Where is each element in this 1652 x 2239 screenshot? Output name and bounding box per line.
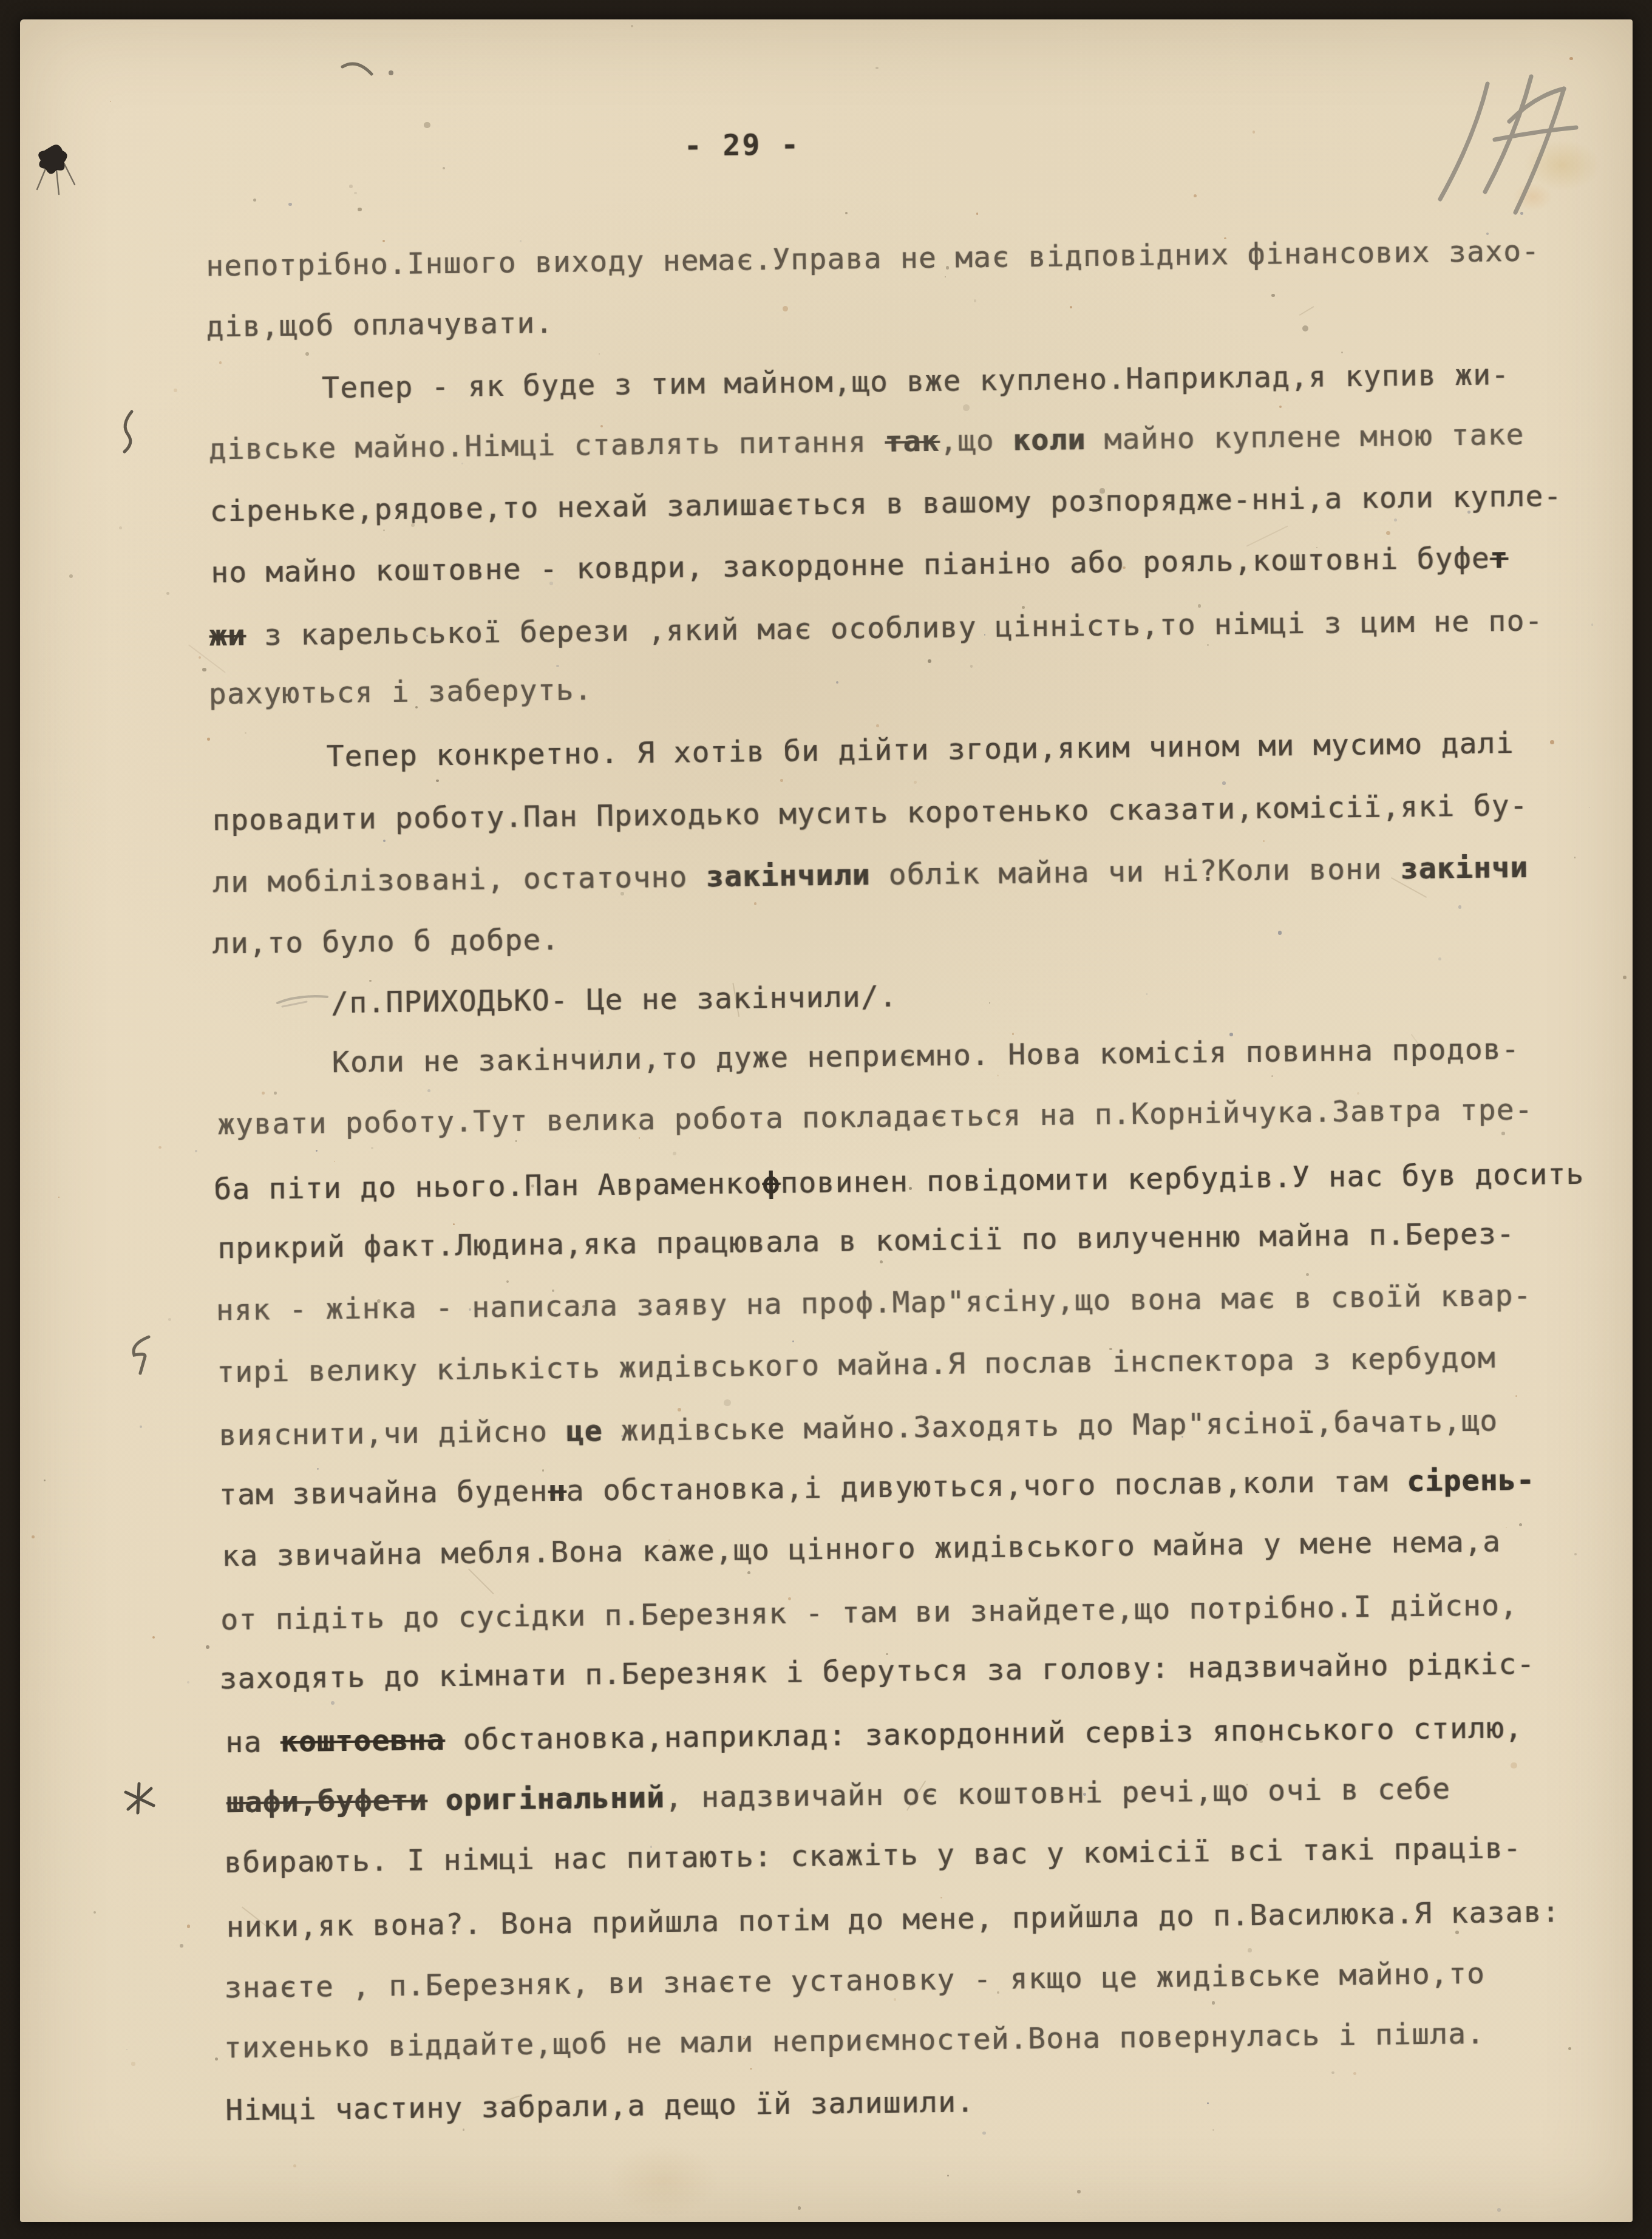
text-segment: жувати роботу.Тут велика робота покладає… (217, 1093, 1534, 1142)
text-segment: ники,як вона?. Вона прийшла потім до мен… (226, 1895, 1560, 1944)
overtyped-text: оригінальний (445, 1781, 665, 1817)
text-segment: дівське майно.Німці ставлять питання (208, 424, 885, 466)
text-line: там звичайна буденна обстановка,і дивуют… (219, 1463, 1535, 1512)
text-line: провадити роботу.Пан Приходько мусить ко… (212, 788, 1529, 837)
text-line: от підіть до сусідки п.Березняк - там ви… (220, 1588, 1518, 1637)
typewritten-text: - 29 - непотрібно.Іншого виходу немає.Уп… (8, 10, 1645, 2231)
overtyped-text: сірень- (1407, 1463, 1535, 1498)
text-segment: заходять до кімнати п.Березняк і берутьс… (219, 1647, 1535, 1696)
text-segment: , надзвичайн оє коштовні речі,що очі в с… (665, 1772, 1451, 1815)
struck-text: шафи,буфети (226, 1784, 427, 1820)
text-segment: знаєте , п.Березняк, ви знаєте установку… (224, 1957, 1485, 2005)
text-line: дів,щоб оплачувати. (206, 306, 553, 344)
text-line: ли мобілізовані, остаточно закінчили обл… (212, 851, 1529, 900)
text-segment: рахуються і заберуть. (209, 673, 593, 712)
text-segment: облік майна чи ні?Коли вони (870, 852, 1400, 892)
text-segment: Коли не закінчили,то дуже неприємно. Нов… (331, 1032, 1520, 1079)
overtyped-text: коли (1013, 423, 1086, 457)
text-segment: жидівське майно.Заходять до Мар"ясіної,б… (602, 1404, 1498, 1448)
struck-text: коштоевна (280, 1724, 445, 1759)
text-line: вияснити,чи дійсно це жидівське майно.За… (219, 1404, 1498, 1452)
text-line: знаєте , п.Березняк, ви знаєте установку… (224, 1957, 1485, 2005)
text-line: заходять до кімнати п.Березняк і берутьс… (219, 1647, 1535, 1696)
text-segment: ли,то було б добре. (212, 922, 559, 960)
text-line: няк - жінка - написала заяву на проф.Мар… (216, 1279, 1532, 1328)
struck-text: ф (762, 1166, 781, 1200)
struck-text: так (885, 424, 940, 458)
overtyped-text: закінчили (705, 858, 871, 894)
text-line: ники,як вона?. Вона прийшла потім до мен… (226, 1895, 1560, 1944)
text-line: непотрібно.Іншого виходу немає.Управа не… (206, 234, 1540, 284)
text-segment: ка звичайна мебля.Вона каже,що цінного ж… (222, 1525, 1501, 1574)
text-segment: вбирають. І німці нас питають: скажіть у… (224, 1831, 1521, 1880)
text-segment: а обстановка,і дивуються,чого послав,кол… (566, 1464, 1407, 1508)
text-segment: но майно коштовне - ковдри, закордонне п… (211, 541, 1490, 589)
text-line: сіреньке,рядове,то нехай залишається в в… (209, 479, 1562, 528)
text-line: на коштоевна обстановка,наприклад: закор… (225, 1711, 1523, 1760)
text-line: дівське майно.Німці ставлять питання так… (208, 417, 1525, 466)
overtyped-text: це (566, 1414, 603, 1449)
text-segment: вияснити,чи дійсно (219, 1414, 566, 1452)
text-line: ли,то було б добре. (212, 922, 559, 960)
text-line: жувати роботу.Тут велика робота покладає… (217, 1093, 1534, 1142)
text-segment: /п.ПРИХОДЬКО- Це не закінчили/. (331, 980, 898, 1021)
text-segment: на (225, 1725, 280, 1760)
text-segment: провадити роботу.Пан Приходько мусить ко… (212, 788, 1529, 837)
text-segment: ба піти до нього.Пан Авраменко (214, 1166, 763, 1206)
text-line: тихенько віддайте,щоб не мали неприємнос… (223, 2016, 1484, 2065)
overtyped-text: закінчи (1400, 851, 1528, 886)
text-segment: Німці частину забрали,а дещо їй залишили… (225, 2085, 975, 2128)
scan-background: 117 - 29 - непотрібно.Іншого виходу (0, 0, 1652, 2239)
text-segment: прикрий факт.Людина,яка працювала в комі… (217, 1217, 1515, 1266)
text-line: ба піти до нього.Пан Авраменкофповинен п… (214, 1157, 1585, 1207)
text-segment: няк - жінка - написала заяву на проф.Мар… (216, 1279, 1532, 1328)
text-line: /п.ПРИХОДЬКО- Це не закінчили/. (331, 980, 898, 1021)
text-segment: ли мобілізовані, остаточно (212, 860, 706, 899)
text-line: вбирають. І німці нас питають: скажіть у… (224, 1831, 1521, 1880)
text-segment (427, 1783, 446, 1817)
text-segment: от підіть до сусідки п.Березняк - там ви… (220, 1588, 1518, 1637)
text-segment: з карельської берези ,який має особливу … (245, 603, 1543, 652)
text-line: Коли не закінчили,то дуже неприємно. Нов… (331, 1032, 1520, 1079)
struck-text: жи (209, 619, 246, 653)
text-segment: ,що (939, 423, 1013, 458)
text-line: тирі велику кількість жидівського майна.… (217, 1340, 1496, 1389)
text-line: рахуються і заберуть. (209, 673, 593, 712)
text-line: Тепер конкретно. Я хотів би дійти згоди,… (326, 727, 1514, 774)
text-segment: Тепер - як буде з тим майном,що вже купл… (322, 358, 1510, 405)
text-line: ка звичайна мебля.Вона каже,що цінного ж… (222, 1525, 1501, 1574)
text-segment: Тепер конкретно. Я хотів би дійти згоди,… (326, 727, 1514, 774)
text-segment: обстановка,наприклад: закордонний сервіз… (444, 1711, 1523, 1758)
document-page: 117 - 29 - непотрібно.Іншого виходу (20, 19, 1633, 2222)
text-segment: майно куплене мною таке (1086, 417, 1525, 456)
struck-text: т (1490, 541, 1509, 575)
text-line: прикрий факт.Людина,яка працювала в комі… (217, 1217, 1515, 1266)
text-segment: тихенько віддайте,щоб не мали неприємнос… (223, 2016, 1484, 2065)
text-segment: там звичайна буден (219, 1474, 548, 1512)
text-segment: сіреньке,рядове,то нехай залишається в в… (209, 479, 1562, 528)
text-segment: тирі велику кількість жидівського майна.… (217, 1340, 1496, 1389)
text-line: Тепер - як буде з тим майном,що вже купл… (322, 358, 1510, 405)
text-line: но майно коштовне - ковдри, закордонне п… (211, 541, 1508, 589)
pencil-page-number-value: 117 (20, 19, 21, 20)
text-line: жи з карельської берези ,який має особли… (209, 603, 1543, 653)
text-segment: дів,щоб оплачувати. (206, 306, 553, 344)
text-segment: повинен повідомити кербудів.У нас був до… (780, 1157, 1585, 1200)
struck-text: н (548, 1474, 566, 1508)
text-segment: непотрібно.Іншого виходу немає.Управа не… (206, 234, 1540, 284)
text-line: Німці частину забрали,а дещо їй залишили… (225, 2085, 975, 2128)
typed-page-number: - 29 - (684, 127, 800, 163)
text-line: шафи,буфети оригінальний, надзвичайн оє … (226, 1772, 1450, 1820)
